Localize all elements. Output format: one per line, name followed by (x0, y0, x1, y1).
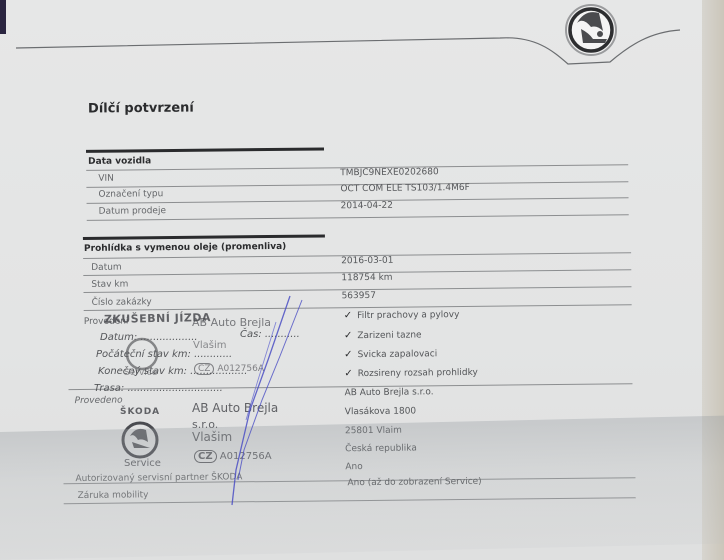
value-sale-date: 2014-04-22 (341, 201, 393, 212)
section-divider (83, 234, 325, 240)
stamp-brand: ŠKODA (120, 407, 160, 417)
label-date: Datum (91, 263, 122, 273)
ghost-stamp-code: CZ A012756A (194, 364, 264, 374)
stamp-field: Trasa: .............................. (94, 383, 223, 394)
value-date: 2016-03-01 (341, 256, 393, 267)
label-vin: VIN (98, 174, 114, 184)
checkmark-icon: ✓ (344, 330, 353, 341)
section-title-vehicle-data: Data vozidla (88, 156, 151, 167)
section-title-inspection: Prohlídka s vymenou oleje (promenliva) (84, 242, 286, 254)
label-order-number: Číslo zakázky (92, 297, 152, 308)
label-mileage: Stav km (91, 280, 128, 290)
row-divider (87, 214, 629, 221)
label-performed-by: Provedeno (75, 396, 123, 407)
checklist-item: ✓Rozsireny rozsah prohlidky (344, 367, 478, 379)
stamp-field: Datum: .................. (100, 332, 198, 343)
photo-shadow (0, 416, 724, 560)
address-line: AB Auto Brejla s.r.o. (345, 387, 434, 398)
ghost-stamp-service: Service (124, 368, 157, 378)
checkmark-icon: ✓ (344, 368, 353, 379)
label-sale-date: Datum prodeje (99, 206, 166, 217)
value-order-number: 563957 (341, 291, 375, 301)
stamp-dealer-name: AB Auto Brejla (192, 401, 278, 415)
checklist-item: ✓Filtr prachovy a pylovy (344, 309, 460, 321)
section-divider (86, 147, 324, 152)
ghost-stamp-text: Vlašim (193, 340, 226, 351)
checkmark-icon: ✓ (344, 310, 353, 321)
checklist-item: ✓Zarizeni tazne (344, 329, 422, 341)
value-mileage: 118754 km (341, 273, 392, 284)
checkmark-icon: ✓ (344, 349, 353, 360)
value-type: OCT COM ELE TS103/1.4M6F (340, 183, 469, 194)
ghost-stamp-text: AB Auto Brejla (192, 316, 271, 329)
stamp-field: Čas: ........... (240, 329, 300, 340)
value-vin: TMBJC9NEXE0202680 (340, 167, 439, 178)
address-line: Vlasákova 1800 (345, 406, 416, 417)
label-type: Označení typu (98, 189, 163, 200)
checklist-item: ✓Svicka zapalovaci (344, 348, 437, 360)
